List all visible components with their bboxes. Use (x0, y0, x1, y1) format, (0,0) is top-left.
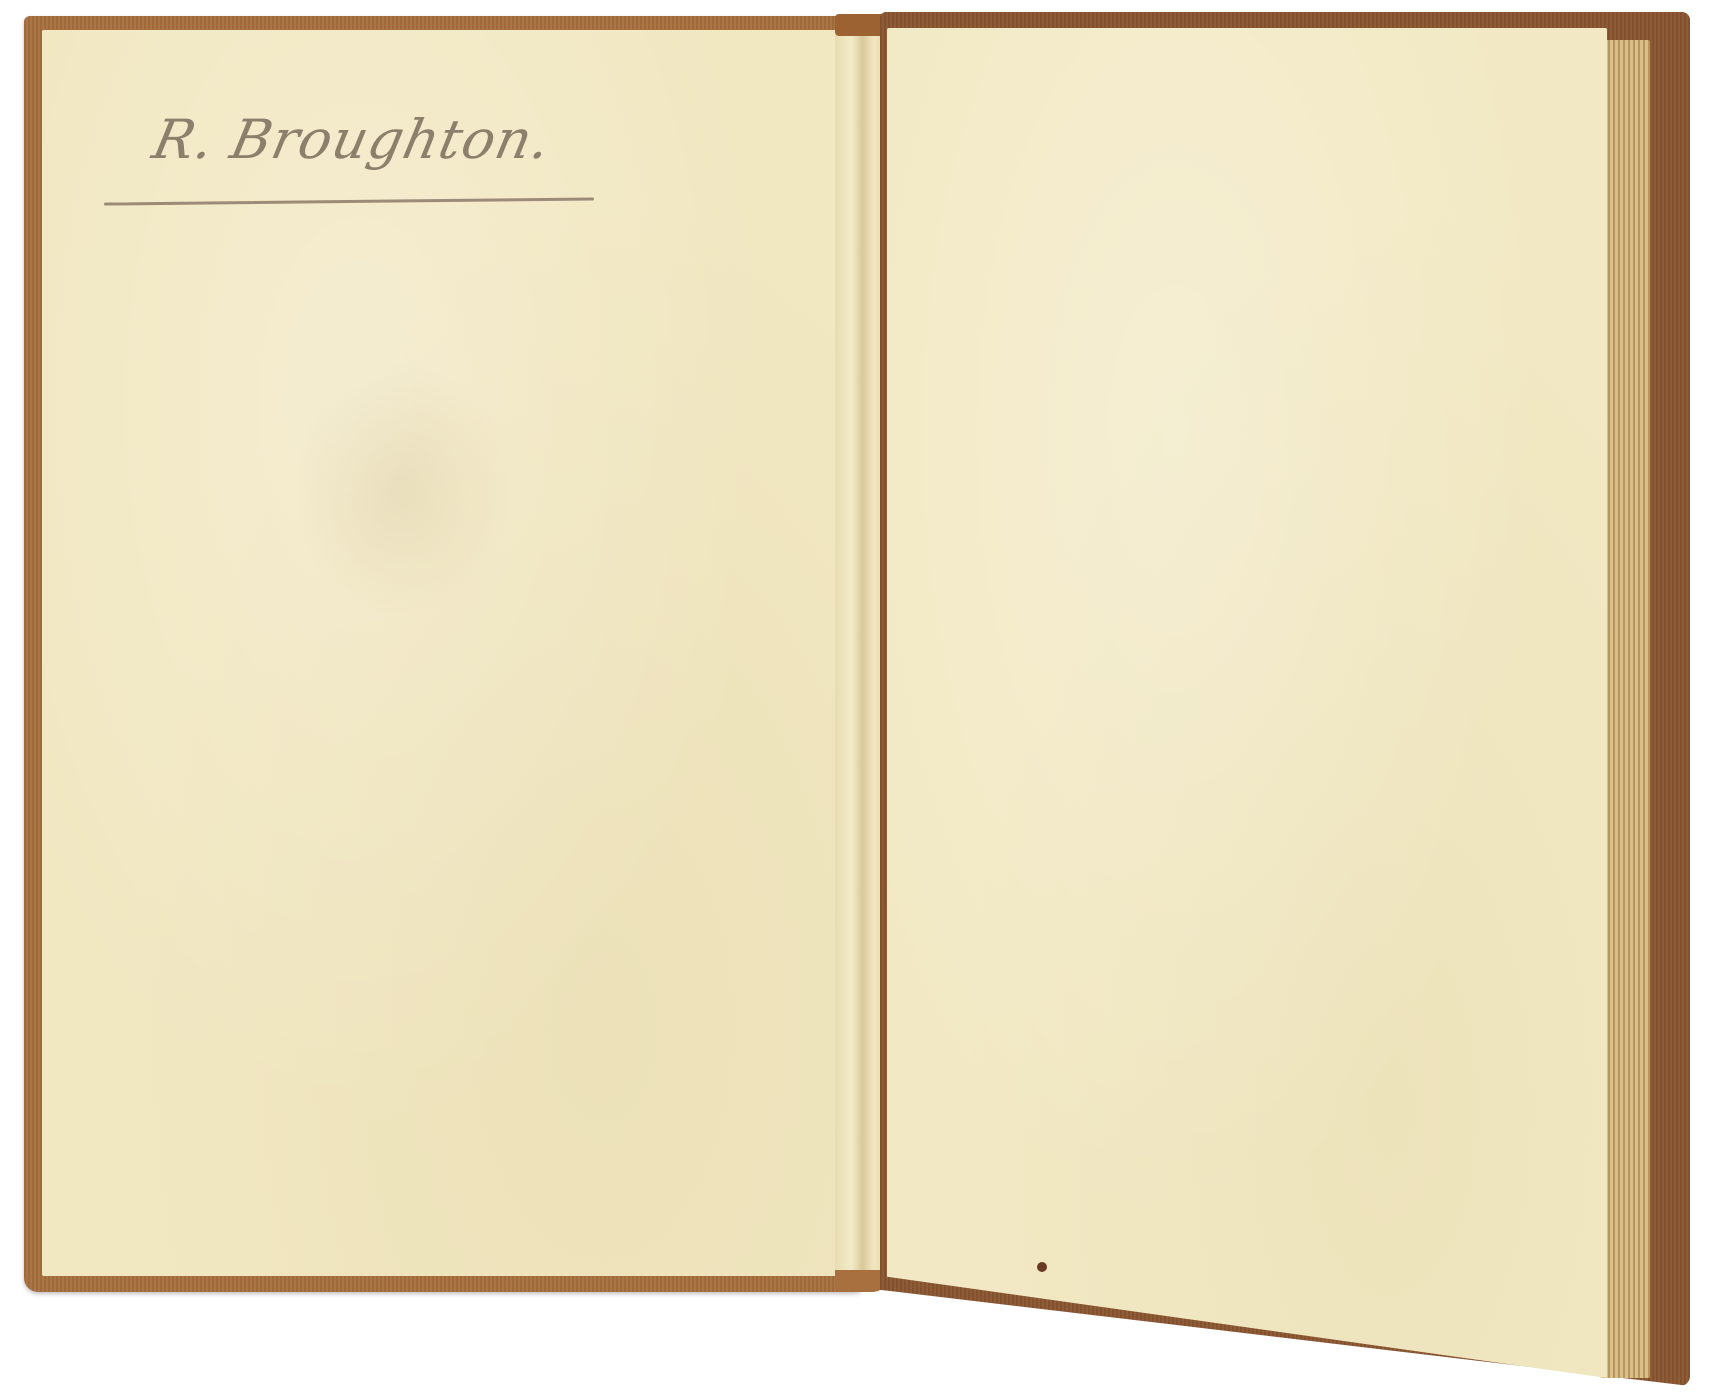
ink-spot (1037, 1262, 1047, 1272)
signature-block: R. Broughton. (104, 102, 634, 212)
spine-cloth-bottom (835, 1270, 887, 1292)
signature-underline (104, 197, 594, 205)
right-endpaper-page (887, 28, 1607, 1378)
owner-signature: R. Broughton. (147, 108, 557, 171)
left-pastedown-page: R. Broughton. (42, 30, 842, 1276)
faint-stain (292, 360, 512, 620)
page-edges (1600, 40, 1650, 1378)
